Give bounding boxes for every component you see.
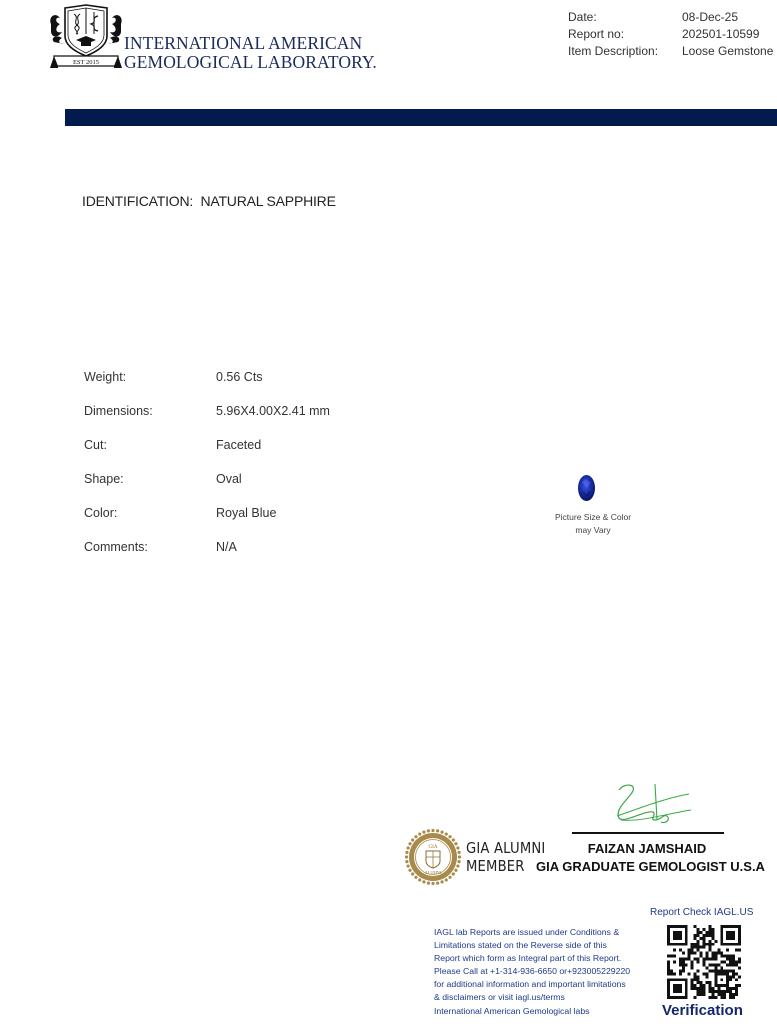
spec-label: Color: [84,506,216,520]
disclaimer-line: International American Gemological labs [434,1005,656,1018]
meta-item-row: Item Description:Loose Gemstone [568,44,773,58]
spec-value: 5.96X4.00X2.41 mm [216,404,330,418]
qr-code-icon[interactable] [667,925,741,999]
org-name-line1: INTERNATIONAL AMERICAN [124,33,362,54]
spec-row-weight: Weight:0.56 Cts [84,370,263,384]
item-description-label: Item Description: [568,44,682,58]
date-label: Date: [568,10,682,24]
spec-row-dimensions: Dimensions:5.96X4.00X2.41 mm [84,404,330,418]
verification-label: Verification [662,1002,743,1019]
gem-caption-line2: may Vary [540,525,646,535]
header-band [65,109,777,126]
disclaimer-line: Please Call at +1-314-936-6650 or+923005… [434,965,656,978]
spec-row-comments: Comments:N/A [84,540,237,554]
report-number-value: 202501-10599 [682,27,759,41]
spec-label: Comments: [84,540,216,554]
svg-text:GIA: GIA [429,845,438,850]
spec-value: 0.56 Cts [216,370,263,384]
disclaimer-line: & disclaimers or visit iagl.us/terms [434,991,656,1004]
disclaimer-line: for additional information and important… [434,978,656,991]
gia-alumni-seal-icon: GIA ALUMNI [405,829,461,885]
identification-heading: IDENTIFICATION: NATURAL SAPPHIRE [82,193,336,209]
spec-label: Cut: [84,438,216,452]
meta-date-row: Date:08-Dec-25 [568,10,738,24]
signature-line [572,832,724,834]
gia-alumni-line2: MEMBER [466,857,525,875]
disclaimer-line: Limitations stated on the Reverse side o… [434,939,656,952]
signer-name: FAIZAN JAMSHAID [576,841,718,856]
spec-value: Royal Blue [216,506,276,520]
svg-text:ALUMNI: ALUMNI [425,870,442,875]
report-check-title: Report Check IAGL.US [650,907,753,918]
spec-value: Oval [216,472,242,486]
spec-label: Shape: [84,472,216,486]
date-value: 08-Dec-25 [682,10,738,24]
org-name-line2: GEMOLOGICAL LABORATORY. [124,52,377,73]
signature-image [605,780,695,830]
gem-caption-line1: Picture Size & Color [540,512,646,522]
disclaimer-line: Report which form as Integral part of th… [434,952,656,965]
spec-label: Dimensions: [84,404,216,418]
meta-report-row: Report no:202501-10599 [568,27,759,41]
spec-row-shape: Shape:Oval [84,472,242,486]
spec-label: Weight: [84,370,216,384]
gia-alumni-line1: GIA ALUMNI [466,839,545,857]
spec-row-color: Color:Royal Blue [84,506,276,520]
report-number-label: Report no: [568,27,682,41]
spec-value: Faceted [216,438,261,452]
spec-row-cut: Cut:Faceted [84,438,261,452]
iagl-crest-logo: EST 2015 [48,2,124,72]
signer-title: GIA GRADUATE GEMOLOGIST U.S.A [536,859,765,874]
svg-text:EST 2015: EST 2015 [73,59,99,66]
disclaimer-text: IAGL lab Reports are issued under Condit… [434,926,656,1018]
disclaimer-line: IAGL lab Reports are issued under Condit… [434,926,656,939]
gemstone-image [577,474,596,502]
item-description-value: Loose Gemstone [682,44,773,58]
spec-value: N/A [216,540,237,554]
